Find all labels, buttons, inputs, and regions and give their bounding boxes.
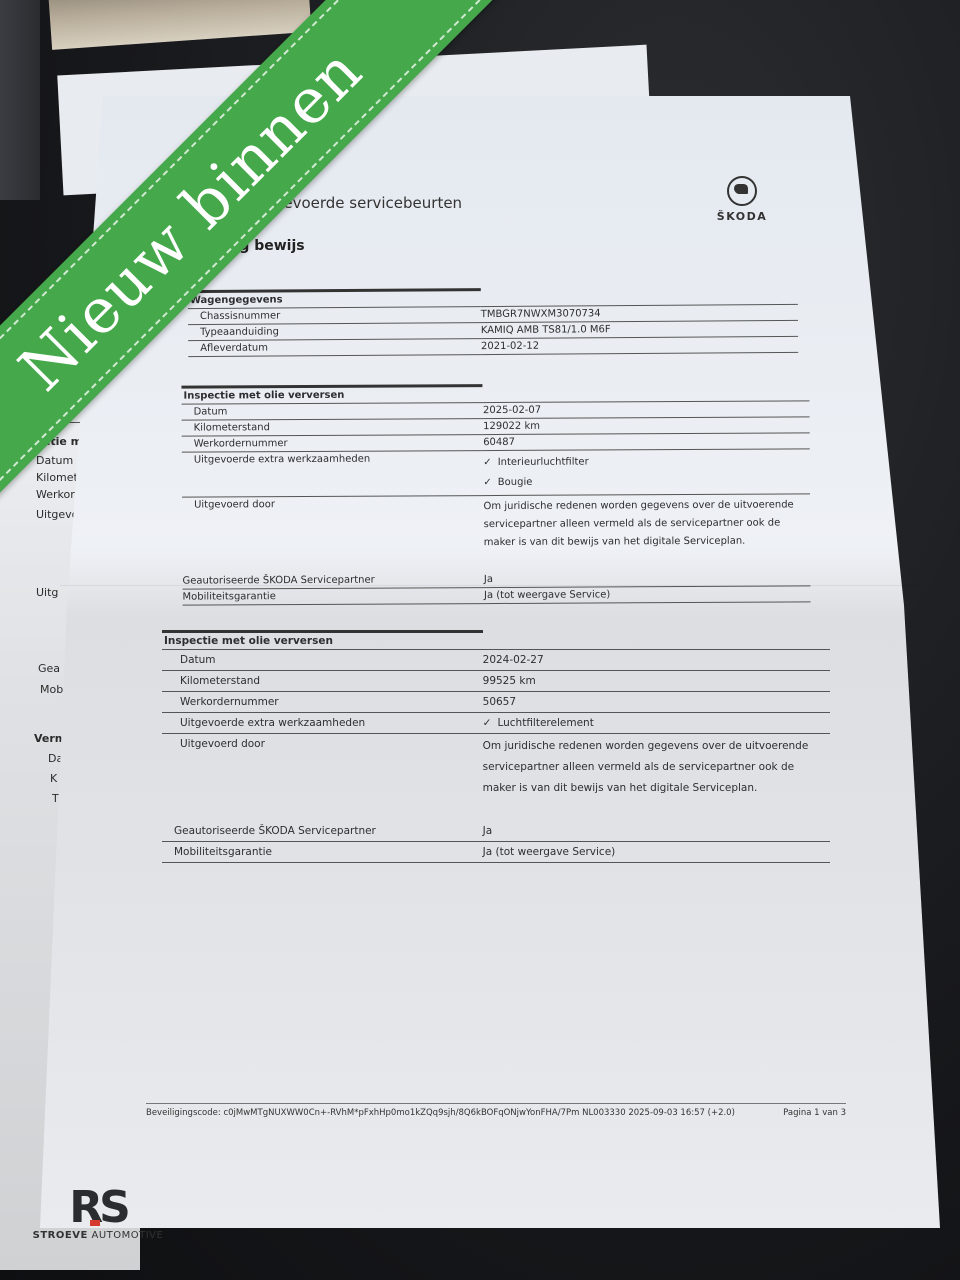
table-row: Kilometerstand99525 km [162,671,830,692]
table-row: Werkordernummer50657 [162,692,830,713]
fragment: Datum [36,454,73,467]
section-heading: Wagengegevens [188,290,481,309]
skoda-winged-arrow-icon [727,176,757,206]
logo-accent [90,1220,100,1226]
page-number: Pagina 1 van 3 [783,1108,846,1118]
section-heading: Inspectie met olie verversen [162,632,483,650]
fragment: Uitgevo [36,508,78,521]
fragment: Mob [40,683,63,696]
vehicle-data-table: Wagengegevens ChassisnummerTMBGR7NWXM307… [188,286,798,357]
table-row: Uitgevoerd door Om juridische redenen wo… [182,494,810,574]
checkmark-icon: ✓ [483,717,492,729]
fragment: Gea [38,662,60,675]
checkmark-icon: ✓ [483,453,491,473]
rs-logo-icon: RS [28,1182,168,1230]
document-footer: Beveiligingscode: c0jMwMTgNUXWW0Cn+-RVhM… [146,1103,846,1118]
table-row: Uitgevoerde extra werkzaamheden ✓Luchtfi… [162,713,830,734]
table-row: Uitgevoerde extra werkzaamheden ✓Interie… [182,449,810,497]
table-row: Uitgevoerd door Om juridische redenen wo… [162,734,830,822]
inspection-table-2025: Inspectie met olie verversen Datum2025-0… [181,382,810,605]
fragment: T [52,792,59,805]
fragment: K [50,772,57,785]
checkmark-icon: ✓ [483,473,491,493]
dealer-watermark: RS STROEVE AUTOMOTIVE [28,1182,168,1241]
table-row: Datum2024-02-27 [162,650,830,671]
fragment: Uitg [36,586,58,599]
inspection-table-2024: Inspectie met olie verversen Datum2024-0… [162,630,830,863]
table-row: MobiliteitsgarantieJa (tot weergave Serv… [162,842,830,863]
security-code: Beveiligingscode: c0jMwMTgNUXWW0Cn+-RVhM… [146,1108,735,1118]
section-heading: Inspectie met olie verversen [181,386,483,405]
skoda-logo: ŠKODA [706,176,778,223]
skoda-logo-text: ŠKODA [706,210,778,223]
table-row: Geautoriseerde ŠKODA ServicepartnerJa [162,821,830,842]
fabric-item [0,0,40,200]
table-row: MobiliteitsgarantieJa (tot weergave Serv… [182,586,810,605]
